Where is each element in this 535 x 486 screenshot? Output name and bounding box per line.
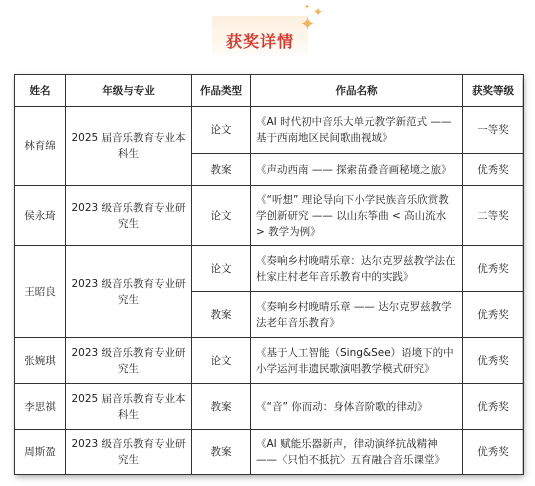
student-grade: 2023 级音乐教育专业研究生 [66, 246, 192, 338]
award-level: 优秀奖 [463, 384, 524, 430]
student-name: 林育绵 [15, 107, 66, 186]
work-title: 《“听想” 理论导向下小学民族音乐欣赏教学创新研究 —— 以山东筝曲 < 高山流… [251, 186, 463, 246]
student-grade: 2025 届音乐教育专业本科生 [66, 107, 192, 186]
work-type: 论文 [192, 246, 251, 292]
student-name: 周斯盈 [15, 430, 66, 475]
award-level: 优秀奖 [463, 292, 524, 338]
work-title: 《AI 时代初中音乐大单元教学新范式 —— 基于西南地区民间歌曲视域》 [251, 107, 463, 154]
work-title: 《奏响乡村晚晴乐章 —— 达尔克罗兹教学法老年音乐教育》 [251, 292, 463, 338]
student-name: 王昭良 [15, 246, 66, 338]
work-type: 论文 [192, 186, 251, 246]
award-level: 优秀奖 [463, 338, 524, 384]
table-row: 李思祺 2025 届音乐教育专业本科生 教案 《“音” 你而动：身体音阶歌的律动… [15, 384, 524, 430]
work-type: 教案 [192, 154, 251, 186]
sparkle-icon: ✦ [304, 4, 310, 11]
award-level: 优秀奖 [463, 430, 524, 475]
col-header-grade: 年级与专业 [66, 75, 192, 107]
award-level: 一等奖 [463, 107, 524, 154]
col-header-type: 作品类型 [192, 75, 251, 107]
award-level: 二等奖 [463, 186, 524, 246]
table-row: 侯永琦 2023 级音乐教育专业研究生 论文 《“听想” 理论导向下小学民族音乐… [15, 186, 524, 246]
work-title: 《奏响乡村晚晴乐章：达尔克罗兹教学法在杜家庄村老年音乐教育中的实践》 [251, 246, 463, 292]
work-type: 论文 [192, 107, 251, 154]
work-title: 《基于人工智能（Sing&See）语境下的中小学运河非遗民歌演唱教学模式研究》 [251, 338, 463, 384]
section-title-banner: 获奖详情 [212, 16, 308, 60]
work-title: 《声动西南 —— 探索苗叠音画秘境之旅》 [251, 154, 463, 186]
student-grade: 2023 级音乐教育专业研究生 [66, 430, 192, 475]
work-type: 教案 [192, 384, 251, 430]
work-type: 论文 [192, 338, 251, 384]
section-title: 获奖详情 [212, 29, 308, 52]
award-level: 优秀奖 [463, 154, 524, 186]
work-title: 《“音” 你而动：身体音阶歌的律动》 [251, 384, 463, 430]
award-level: 优秀奖 [463, 246, 524, 292]
col-header-award: 获奖等级 [463, 75, 524, 107]
col-header-name: 姓名 [15, 75, 66, 107]
student-grade: 2025 届音乐教育专业本科生 [66, 384, 192, 430]
student-name: 侯永琦 [15, 186, 66, 246]
awards-table: 姓名 年级与专业 作品类型 作品名称 获奖等级 林育绵 2025 届音乐教育专业… [14, 74, 524, 475]
student-grade: 2023 级音乐教育专业研究生 [66, 338, 192, 384]
sparkle-icon: ✦ [313, 6, 323, 18]
student-name: 李思祺 [15, 384, 66, 430]
work-type: 教案 [192, 292, 251, 338]
student-grade: 2023 级音乐教育专业研究生 [66, 186, 192, 246]
table-row: 周斯盈 2023 级音乐教育专业研究生 教案 《AI 赋能乐器新声，律动演绎抗战… [15, 430, 524, 475]
table-row: 林育绵 2025 届音乐教育专业本科生 论文 《AI 时代初中音乐大单元教学新范… [15, 107, 524, 154]
work-type: 教案 [192, 430, 251, 475]
table-row: 王昭良 2023 级音乐教育专业研究生 论文 《奏响乡村晚晴乐章：达尔克罗兹教学… [15, 246, 524, 292]
table-row: 张婉琪 2023 级音乐教育专业研究生 论文 《基于人工智能（Sing&See）… [15, 338, 524, 384]
work-title: 《AI 赋能乐器新声，律动演绎抗战精神 ——〈只怕不抵抗〉五育融合音乐课堂》 [251, 430, 463, 475]
col-header-title: 作品名称 [251, 75, 463, 107]
table-header-row: 姓名 年级与专业 作品类型 作品名称 获奖等级 [15, 75, 524, 107]
student-name: 张婉琪 [15, 338, 66, 384]
